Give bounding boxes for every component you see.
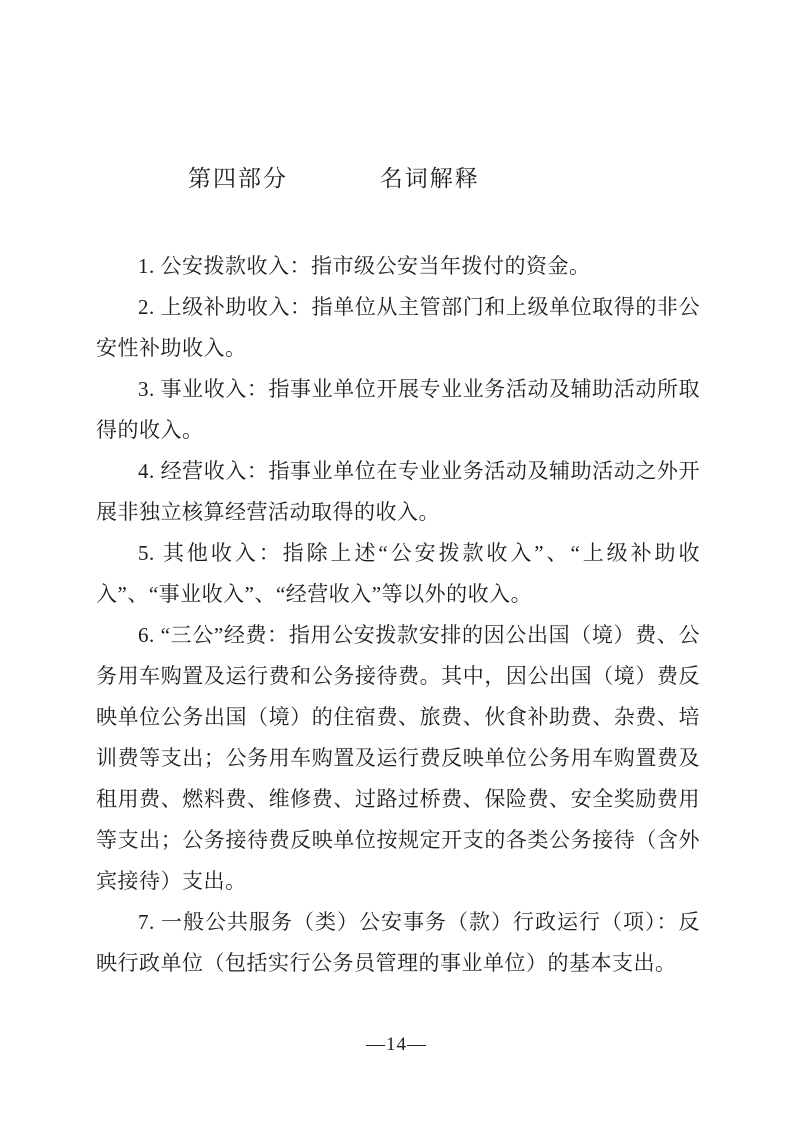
glossary-paragraph: 4. 经营收入：指事业单位在专业业务活动及辅助活动之外开展非独立核算经营活动取得…: [96, 451, 700, 533]
page-number: —14—: [366, 1034, 427, 1055]
document-page: 第四部分 名词解释 1. 公安拨款收入：指市级公安当年拨付的资金。2. 上级补助…: [0, 0, 793, 1122]
glossary-paragraph: 2. 上级补助收入：指单位从主管部门和上级单位取得的非公安性补助收入。: [96, 287, 700, 369]
glossary-paragraph: 7. 一般公共服务（类）公安事务（款）行政运行（项）：反映行政单位（包括实行公务…: [96, 902, 700, 984]
section-header: 第四部分 名词解释: [188, 166, 700, 192]
glossary-paragraph: 1. 公安拨款收入：指市级公安当年拨付的资金。: [96, 246, 700, 287]
glossary-paragraph: 5. 其他收入：指除上述“公安拨款收入”、“上级补助收入”、“事业收入”、“经营…: [96, 533, 700, 615]
glossary-list: 1. 公安拨款收入：指市级公安当年拨付的资金。2. 上级补助收入：指单位从主管部…: [96, 246, 700, 984]
section-part-label: 第四部分: [188, 166, 288, 191]
glossary-paragraph: 3. 事业收入：指事业单位开展专业业务活动及辅助活动所取得的收入。: [96, 369, 700, 451]
page-footer: —14—: [0, 1034, 793, 1056]
section-title: 名词解释: [380, 166, 480, 191]
glossary-paragraph: 6. “三公”经费：指用公安拨款安排的因公出国（境）费、公务用车购置及运行费和公…: [96, 615, 700, 902]
